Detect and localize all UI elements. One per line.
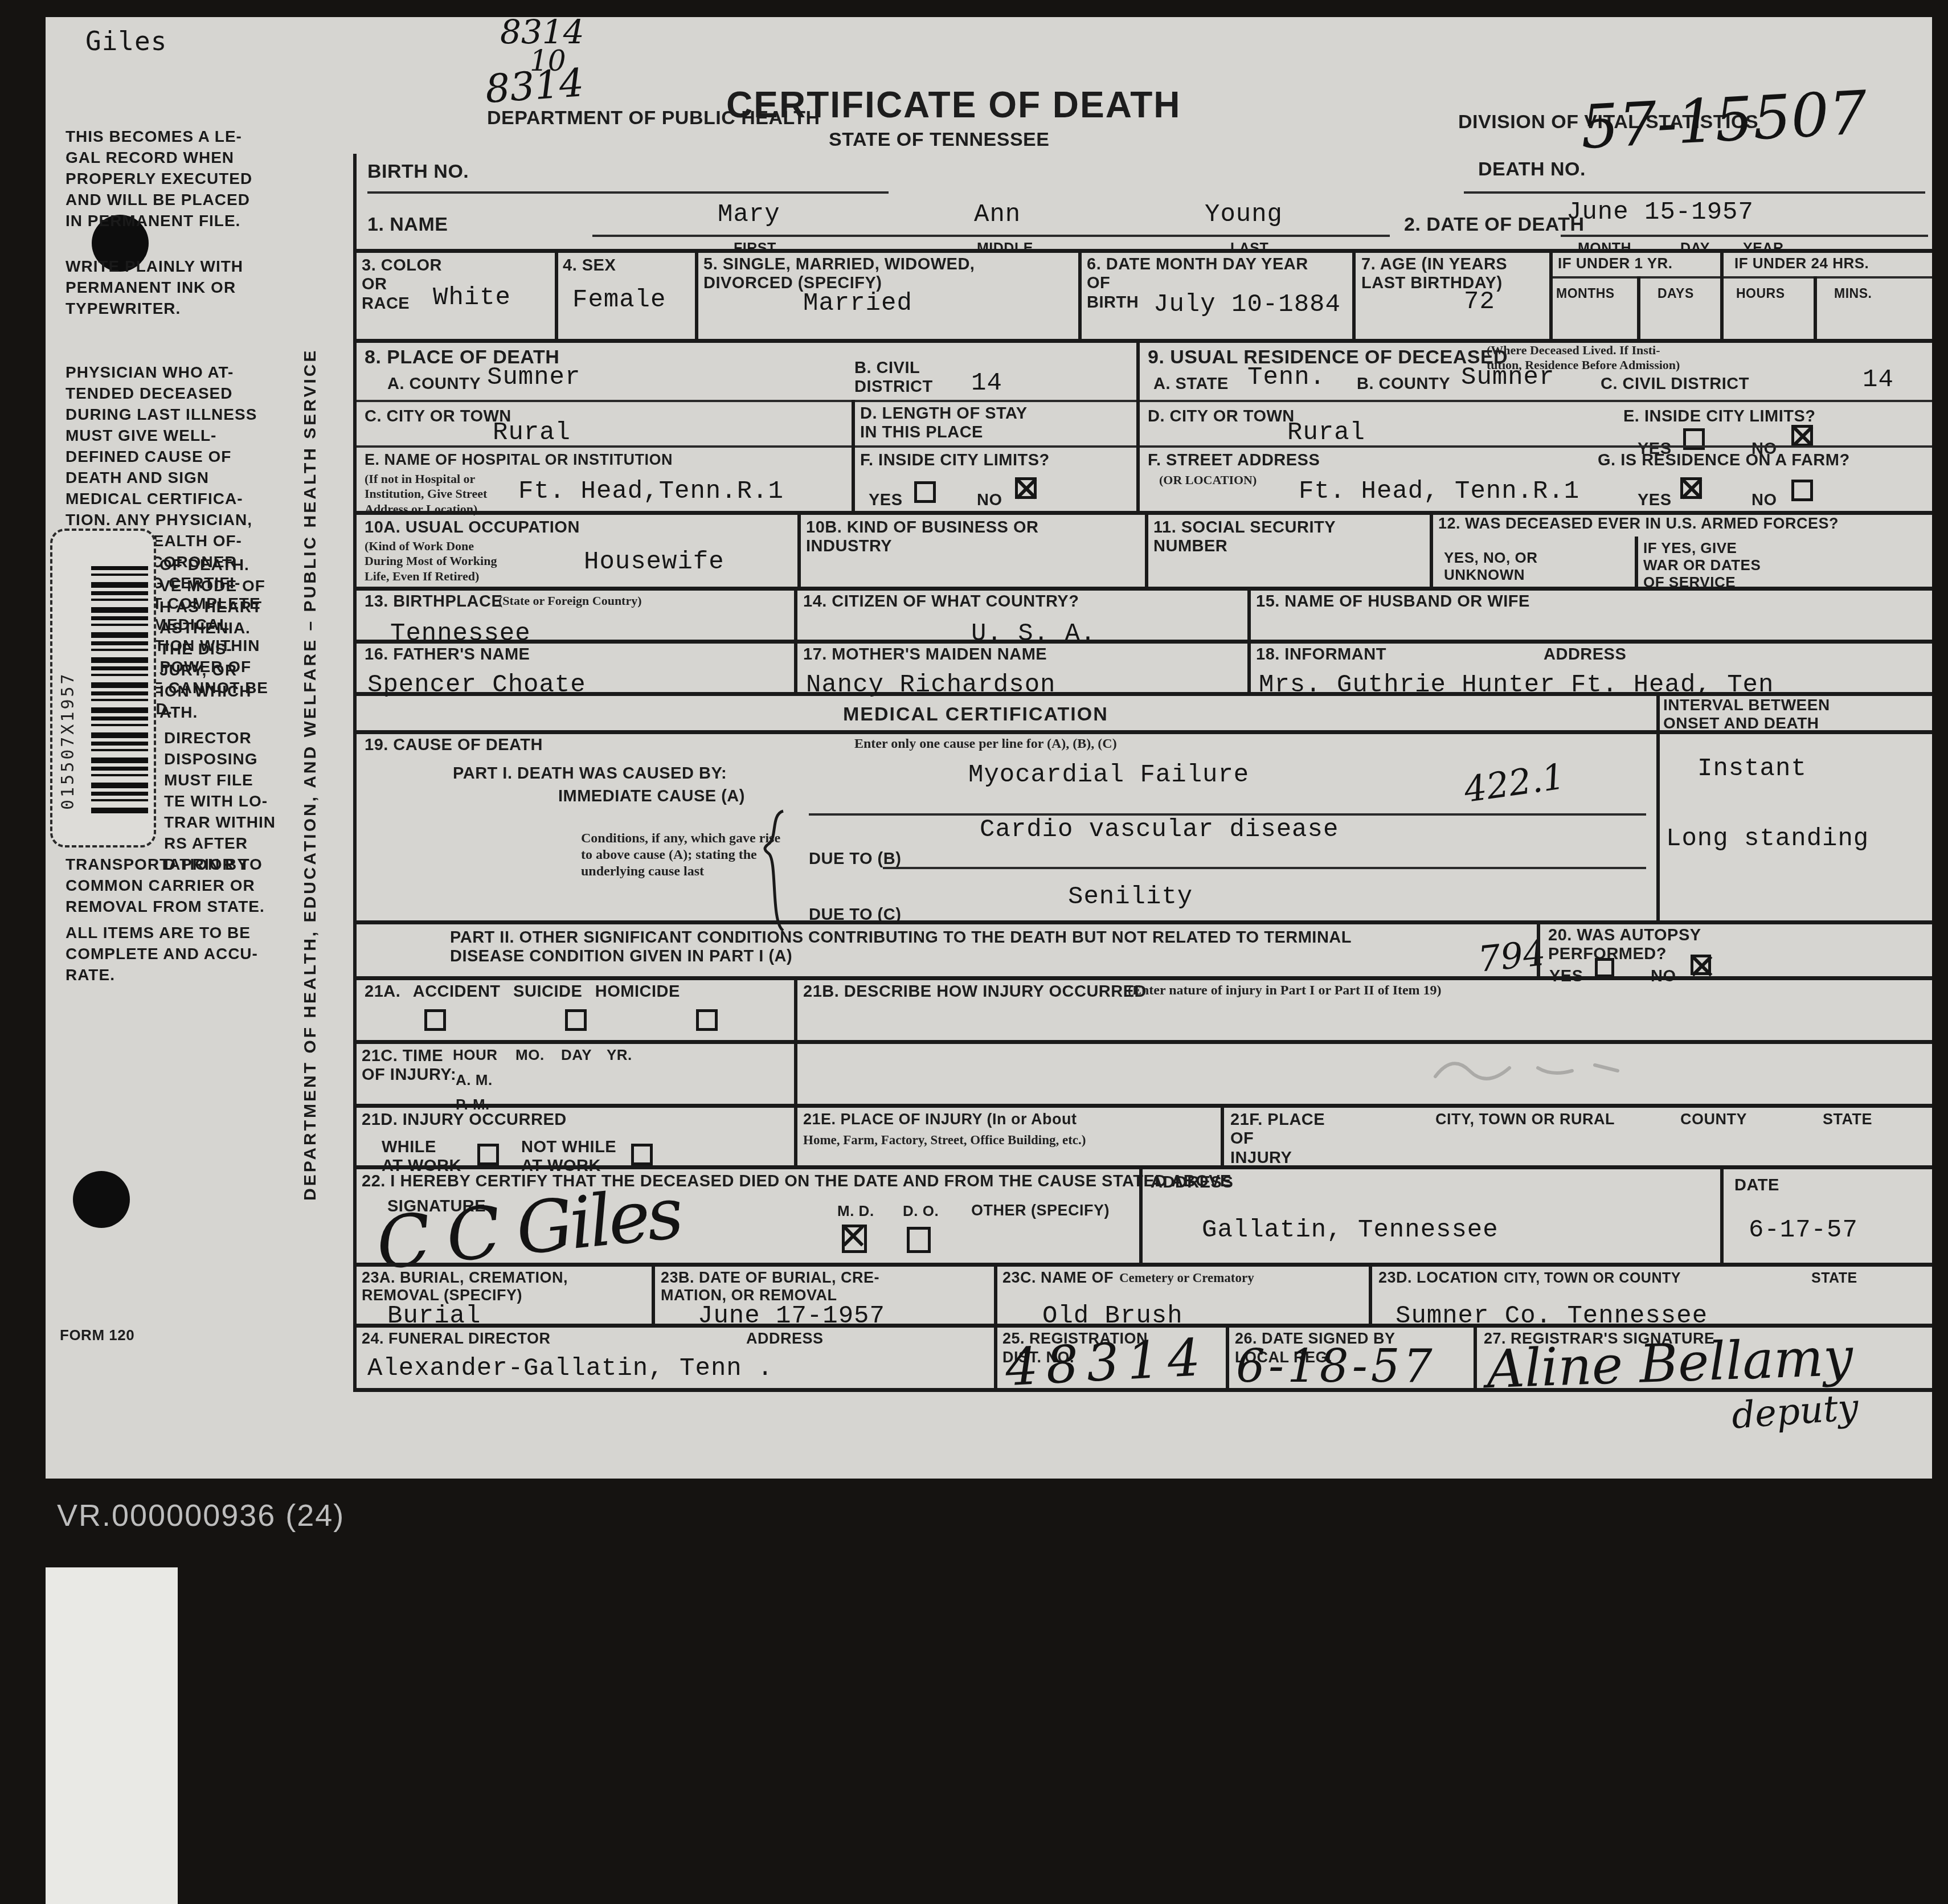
birthplace-small: (State or Foreign Country) (498, 593, 642, 608)
funeral-director-value: Alexander-Gallatin, Tenn . (367, 1354, 774, 1383)
res-civil-district-label: C. CIVIL DISTRICT (1601, 375, 1749, 394)
rule (1247, 640, 1251, 692)
cause-a-value: Myocardial Failure (968, 761, 1249, 789)
barcode-number: 015507X1957 (58, 559, 78, 810)
rule (794, 1040, 797, 1104)
age-value: 72 (1464, 288, 1495, 316)
place-of-injury-small: Home, Farm, Factory, Street, Office Buil… (803, 1132, 1086, 1148)
time-of-injury-label: 21C. TIME OF INJURY: (362, 1047, 456, 1085)
microfilm-scan: Giles THIS BECOMES A LE- GAL RECORD WHEN… (0, 0, 1948, 1904)
while-at-work-label: WHILE AT WORK (382, 1138, 461, 1176)
date-signed-value: 6-18-57 (1236, 1340, 1436, 1393)
res-inside-limits-label: E. INSIDE CITY LIMITS? (1623, 407, 1816, 426)
funeral-address-label: ADDRESS (746, 1330, 824, 1348)
under-1yr-label: IF UNDER 1 YR. (1558, 255, 1673, 272)
citizen-value: U. S. A. (971, 620, 1096, 648)
accident-suicide-homicide-label: 21A. ACCIDENT SUICIDE HOMICIDE (365, 982, 680, 1001)
location-label: 23D. LOCATION (1378, 1269, 1498, 1287)
civil-district-label: B. CIVIL DISTRICT (854, 359, 933, 397)
yr-label: YR. (607, 1047, 632, 1064)
due-to-b-label: DUE TO (B) (809, 850, 901, 869)
autopsy-yes-checkbox (1595, 958, 1614, 977)
md-label: M. D. (837, 1203, 874, 1220)
sex-value: Female (572, 286, 666, 314)
cause-a-interval: Instant (1697, 755, 1807, 783)
rule (353, 339, 1932, 343)
farm-yes-checkbox (1680, 477, 1702, 499)
rule (794, 640, 797, 692)
res-state-value: Tenn. (1247, 363, 1325, 392)
location-small: CITY, TOWN OR COUNTY (1504, 1270, 1681, 1287)
rule (353, 445, 1932, 448)
cause-note: Enter only one cause per line for (A), (… (854, 736, 1117, 752)
street-address-small: (OR LOCATION) (1159, 473, 1257, 488)
do-label: D. O. (903, 1203, 939, 1220)
sex-label: 4. SEX (563, 256, 616, 275)
registration-value: 48314 (1004, 1328, 1209, 1398)
cert-address-value: Gallatin, Tennessee (1202, 1216, 1499, 1244)
rule (883, 867, 1646, 869)
rule (1537, 920, 1540, 976)
rule (1136, 339, 1140, 511)
rule (353, 400, 1932, 402)
homicide-checkbox (696, 1009, 718, 1031)
cert-date-label: DATE (1734, 1176, 1779, 1195)
date-of-death-label: 2. DATE OF DEATH (1404, 214, 1585, 236)
under-24hr-label: IF UNDER 24 HRS. (1734, 255, 1869, 272)
dob-value: July 10-1884 (1153, 290, 1341, 319)
describe-injury-label: 21B. DESCRIBE HOW INJURY OCCURRED (803, 982, 1147, 1001)
limits-yes-checkbox (914, 481, 936, 503)
film-edge-strip (46, 1567, 178, 1904)
burial-label: 23A. BURIAL, CREMATION, REMOVAL (SPECIFY… (362, 1269, 568, 1304)
other-specify-label: OTHER (SPECIFY) (971, 1202, 1110, 1219)
rule (994, 1324, 997, 1388)
rule (353, 1104, 1932, 1108)
rule (1656, 692, 1660, 920)
hole-punch (73, 1171, 130, 1228)
name-middle-value: Ann (974, 200, 1021, 229)
rule (1430, 511, 1433, 587)
autopsy-no-checkbox (1691, 955, 1711, 975)
length-of-stay-label: D. LENGTH OF STAY IN THIS PLACE (860, 404, 1028, 443)
handwritten-number-3: 8314 (484, 60, 585, 112)
farm-no-checkbox (1791, 480, 1813, 501)
rule (1078, 249, 1082, 339)
cause-c-value: Senility (1068, 883, 1193, 911)
cert-address-label: ADDRESS (1151, 1173, 1233, 1192)
birth-no-line (367, 191, 889, 194)
rule (1352, 249, 1356, 339)
rule (353, 511, 1932, 515)
state-col-label: STATE (1823, 1111, 1872, 1128)
death-certificate-page: Giles THIS BECOMES A LE- GAL RECORD WHEN… (46, 17, 1932, 1479)
county-col-label: COUNTY (1680, 1111, 1747, 1128)
limits-no-checkbox (1015, 477, 1037, 499)
civil-district-value: 14 (971, 369, 1002, 398)
rule (852, 400, 855, 511)
margin-note-fragment-1: OF DEATH. VE MODE OF H AS HEART ASTHENIA… (159, 555, 296, 723)
rule (1221, 1104, 1224, 1165)
death-no-label: DEATH NO. (1478, 158, 1586, 181)
rule (353, 1165, 1932, 1169)
department-vertical-text: DEPARTMENT OF HEALTH, EDUCATION, AND WEL… (301, 205, 330, 1344)
rule (652, 1263, 655, 1324)
rule (794, 1104, 797, 1165)
city-label: C. CITY OR TOWN (365, 407, 511, 426)
city-value: Rural (493, 419, 571, 447)
yes-label: YES (1638, 491, 1672, 510)
cemetery-label: 23C. NAME OF (1002, 1269, 1114, 1287)
part2-label: PART II. OTHER SIGNIFICANT CONDITIONS CO… (450, 928, 1532, 967)
page-title: CERTIFICATE OF DEATH (726, 84, 1181, 126)
part1-label: PART I. DEATH WAS CAUSED BY: (453, 764, 727, 783)
rule (353, 1324, 1932, 1328)
conditions-note: Conditions, if any, which gave rise to a… (581, 830, 780, 879)
rule (1145, 511, 1148, 587)
death-no-line (1464, 191, 1925, 194)
md-checkbox (842, 1225, 867, 1253)
rule (353, 587, 1932, 591)
rule (1474, 1324, 1477, 1388)
rule (353, 692, 1932, 696)
am-label: A. M. (456, 1072, 493, 1089)
name-label: 1. NAME (367, 214, 448, 236)
place-of-injury-label: 21E. PLACE OF INJURY (In or About (803, 1111, 1077, 1128)
rule (353, 1388, 1932, 1392)
not-while-at-work-label: NOT WHILE AT WORK (521, 1138, 616, 1176)
citizen-label: 14. CITIZEN OF WHAT COUNTRY? (803, 592, 1079, 611)
margin-note-fragment-2: DIRECTOR DISPOSING MUST FILE TE WITH LO-… (164, 728, 301, 875)
rule (353, 1040, 1932, 1044)
rule (1635, 537, 1638, 587)
rule (555, 249, 558, 339)
business-label: 10B. KIND OF BUSINESS OR INDUSTRY (806, 518, 1038, 556)
rule (353, 249, 1932, 253)
margin-note-complete: ALL ITEMS ARE TO BE COMPLETE AND ACCU- R… (66, 923, 310, 986)
certificate-form: 8314 10 8314 DEPARTMENT OF PUBLIC HEALTH… (353, 17, 1932, 1424)
marital-label: 5. SINGLE, MARRIED, WIDOWED, DIVORCED (S… (703, 255, 1074, 293)
rule (1549, 276, 1932, 279)
father-label: 16. FATHER'S NAME (365, 645, 530, 664)
inside-limits-label: F. INSIDE CITY LIMITS? (860, 451, 1050, 470)
pencil-marks (1424, 1042, 1652, 1105)
mother-label: 17. MOTHER'S MAIDEN NAME (803, 645, 1047, 664)
cause-of-death-label: 19. CAUSE OF DEATH (365, 736, 543, 755)
autopsy-label: 20. WAS AUTOPSY PERFORMED? (1548, 926, 1701, 964)
examiner-name: Giles (85, 26, 167, 56)
brace (760, 809, 787, 934)
birth-no-label: BIRTH NO. (367, 161, 469, 183)
describe-injury-paren: (Enter nature of injury in Part I or Par… (1128, 982, 1442, 999)
hospital-value: Ft. Head,Tenn.R.1 (518, 477, 784, 506)
header-state: STATE OF TENNESSEE (829, 129, 1049, 151)
rule (1720, 249, 1724, 339)
days-label: DAYS (1658, 286, 1694, 301)
rule (353, 154, 357, 1388)
interval-header: INTERVAL BETWEEN ONSET AND DEATH (1663, 696, 1830, 732)
day-label: DAY (561, 1047, 592, 1064)
date-of-death-value: June 15-1957 (1566, 198, 1754, 227)
cemetery-small: Cemetery or Crematory (1119, 1270, 1254, 1286)
county-value: Sumner (487, 363, 580, 392)
rule (794, 587, 797, 640)
rule (794, 976, 797, 1040)
medical-certification-banner: MEDICAL CERTIFICATION (843, 703, 1108, 726)
rule (1226, 1324, 1229, 1388)
injury-occurred-label: 21D. INJURY OCCURRED (362, 1111, 567, 1129)
birthplace-value: Tennessee (390, 620, 531, 648)
city-town-rural-label: CITY, TOWN OR RURAL (1435, 1111, 1615, 1128)
rule (353, 730, 1932, 734)
rule (1139, 1165, 1143, 1263)
county-label: A. COUNTY (387, 375, 481, 394)
street-address-label: F. STREET ADDRESS (1148, 451, 1320, 470)
occupation-small: (Kind of Work Done During Most of Workin… (365, 539, 497, 584)
rule (1814, 276, 1817, 339)
cause-b-value: Cardio vascular disease (980, 816, 1339, 844)
cause-b-interval: Long standing (1666, 825, 1869, 853)
armed-forces-left: YES, NO, OR UNKNOWN (1444, 550, 1537, 584)
street-address-value: Ft. Head, Tenn.R.1 (1299, 477, 1579, 506)
occupation-value: Housewife (584, 548, 725, 576)
rule (353, 976, 1932, 980)
cause-a-code: 422.1 (1462, 755, 1568, 810)
do-checkbox (907, 1227, 931, 1253)
res-county-label: B. COUNTY (1357, 375, 1450, 394)
hospital-small: (If not in Hospital or Institution, Give… (365, 472, 487, 517)
not-while-at-work-checkbox (631, 1144, 653, 1165)
margin-note-legal: THIS BECOMES A LE- GAL RECORD WHEN PROPE… (66, 126, 305, 232)
death-no-value: 57-15507 (1579, 78, 1869, 162)
rule (1247, 587, 1251, 640)
res-county-value: Sumner (1461, 363, 1554, 392)
rule (695, 249, 698, 339)
certify-label: 22. I HEREBY CERTIFY THAT THE DECEASED D… (362, 1172, 1231, 1191)
date-of-death-line (1561, 235, 1928, 237)
mo-label: MO. (515, 1047, 545, 1064)
name-first-value: Mary (718, 200, 780, 229)
registrar-deputy: deputy (1730, 1386, 1860, 1437)
barcode (91, 566, 148, 816)
suicide-checkbox (565, 1009, 587, 1031)
hours-label: HOURS (1736, 286, 1785, 301)
informant-address-label: ADDRESS (1544, 645, 1626, 664)
film-reference-number: VR.000000936 (24) (57, 1498, 345, 1533)
informant-label: 18. INFORMANT (1256, 645, 1386, 664)
no-label: NO (977, 491, 1002, 510)
res-city-label: D. CITY OR TOWN (1148, 407, 1295, 426)
mins-label: MINS. (1834, 286, 1872, 301)
name-last-value: Young (1205, 200, 1283, 229)
margin-note-transport: TRANSPORTATION BY COMMON CARRIER OR REMO… (66, 854, 310, 918)
no-label: NO (1751, 491, 1777, 510)
res-state-label: A. STATE (1153, 375, 1229, 394)
marital-value: Married (803, 289, 912, 318)
margin-note-ink: WRITE PLAINLY WITH PERMANENT INK OR TYPE… (66, 256, 305, 320)
accident-checkbox (424, 1009, 446, 1031)
color-race-label: 3. COLOR OR RACE (362, 256, 442, 313)
color-race-value: White (433, 284, 511, 312)
rule (1720, 1165, 1724, 1263)
res-city-value: Rural (1287, 419, 1365, 447)
name-line (592, 235, 1390, 237)
funeral-director-label: 24. FUNERAL DIRECTOR (362, 1330, 551, 1348)
barcode-sticker: 015507X1957 (50, 529, 156, 847)
hour-label: HOUR (453, 1047, 498, 1064)
res-limits-no-checkbox (1791, 425, 1813, 447)
rule (1637, 276, 1640, 339)
place-of-injury-f-label: 21F. PLACE OF INJURY (1230, 1111, 1325, 1168)
rule (1549, 249, 1553, 339)
cert-date-value: 6-17-57 (1749, 1216, 1858, 1244)
age-label: 7. AGE (IN YEARS LAST BIRTHDAY) (1361, 255, 1549, 293)
ssn-label: 11. SOCIAL SECURITY NUMBER (1153, 518, 1336, 556)
while-at-work-checkbox (477, 1144, 499, 1165)
rule (797, 511, 801, 587)
armed-forces-label: 12. WAS DECEASED EVER IN U.S. ARMED FORC… (1438, 515, 1932, 533)
rule (353, 1263, 1932, 1267)
farm-label: G. IS RESIDENCE ON A FARM? (1598, 451, 1850, 470)
residence-label: 9. USUAL RESIDENCE OF DECEASED (1148, 346, 1508, 368)
immediate-cause-label: IMMEDIATE CAUSE (A) (558, 787, 745, 806)
birthplace-label: 13. BIRTHPLACE (365, 592, 502, 611)
rule (353, 640, 1932, 644)
occupation-label: 10A. USUAL OCCUPATION (365, 518, 580, 537)
rule (353, 920, 1932, 924)
form-number: FORM 120 (60, 1327, 134, 1344)
hospital-label: E. NAME OF HOSPITAL OR INSTITUTION (365, 451, 673, 469)
res-civil-district-value: 14 (1863, 366, 1894, 394)
armed-forces-right: IF YES, GIVE WAR OR DATES OF SERVICE (1643, 540, 1761, 591)
yes-label: YES (869, 491, 903, 510)
location-state-label: STATE (1811, 1270, 1857, 1287)
burial-date-label: 23B. DATE OF BURIAL, CRE- MATION, OR REM… (661, 1269, 879, 1304)
rule (1369, 1263, 1372, 1324)
spouse-label: 15. NAME OF HUSBAND OR WIFE (1256, 592, 1530, 611)
months-label: MONTHS (1556, 286, 1615, 301)
rule (994, 1263, 997, 1324)
